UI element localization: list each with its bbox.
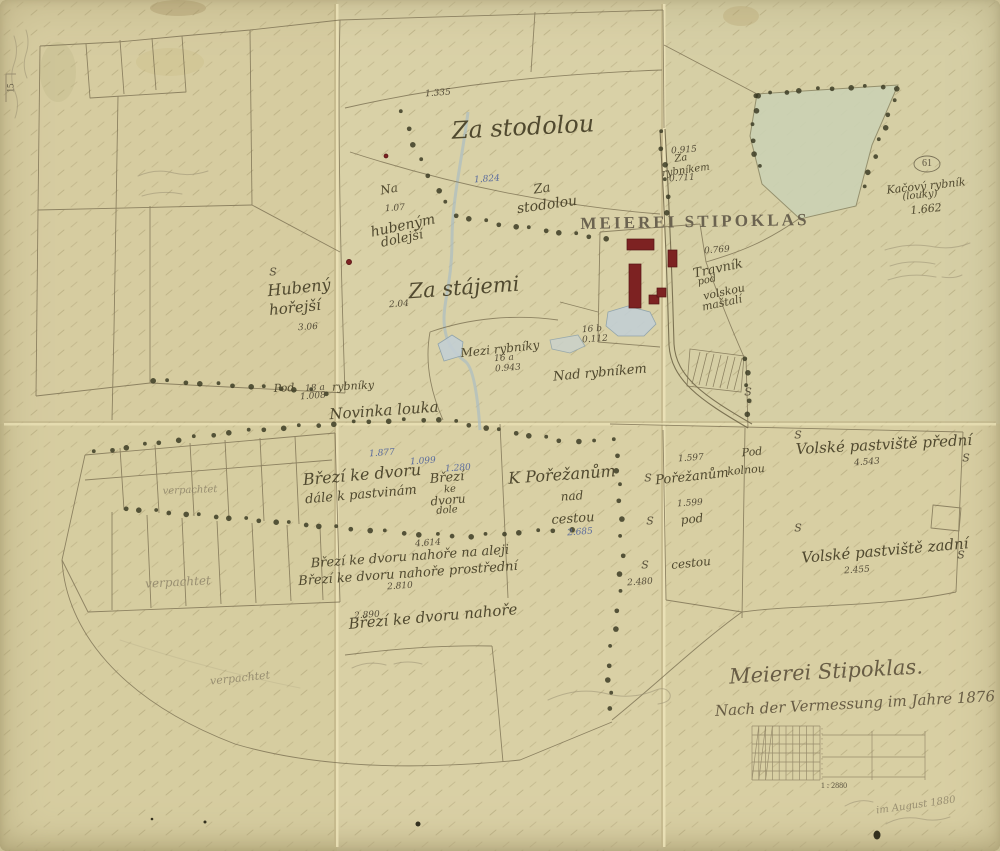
parcel-area-number: 4.614 <box>415 539 441 550</box>
parcel-area-number: 0.769 <box>704 246 730 257</box>
label-za-stodolou2-line1: Za <box>533 181 551 196</box>
signature-date-note: im August 1880 <box>876 795 957 816</box>
label-porezanum-line1: Pořežanům <box>655 467 730 488</box>
label-pod-kolnou-line1: Pod <box>741 446 763 459</box>
label-za-stodolou: Za stodolou <box>451 111 594 142</box>
parcel-area-number: 1.824 <box>474 175 500 186</box>
parcel-area-number: 2.455 <box>844 566 870 577</box>
parcel-area-number: 1.099 <box>410 457 436 468</box>
label-pod-kolnou-line2: kolnou <box>727 463 765 477</box>
section-mark: S <box>644 473 652 484</box>
section-mark: S <box>794 430 802 441</box>
section-mark: S <box>957 550 965 561</box>
label-nad-rybnikem: Nad rybníkem <box>553 362 648 383</box>
label-za-stajemi: Za stájemi <box>408 274 520 303</box>
label-pod-rybniky-line2: rybníky <box>332 379 375 392</box>
pencil-note-verpachtet-3: verpachtet <box>209 669 270 686</box>
label-volske-zadni: Volské pastviště zadní <box>801 536 969 566</box>
section-mark: S <box>641 560 649 571</box>
parcel-area-number: 0.112 <box>582 335 608 346</box>
label-k-porezanum-line3: cestou <box>551 511 595 527</box>
parcel-area-number: 1.280 <box>445 464 471 475</box>
parcel-area-number: 1.877 <box>369 449 395 460</box>
sheet-number: 15 <box>7 84 16 93</box>
parcel-area-number: 1.335 <box>425 89 451 100</box>
parcel-area-number: 1.599 <box>677 499 703 510</box>
section-mark: S <box>744 387 752 398</box>
cadastral-map: MEIEREI STIPOKLAS Za stodolouZastodolouN… <box>0 0 1000 851</box>
label-na-hubenym-line1: Na <box>379 182 398 197</box>
parcel-area-number: 1.008 <box>300 392 326 403</box>
parcel-area-number: 0.711 <box>669 174 695 185</box>
label-k-porezanum-line2: nad <box>560 489 583 503</box>
section-mark: S <box>269 267 277 278</box>
label-porezanum-line3: cestou <box>671 555 712 571</box>
parcel-area-number: 0.915 <box>671 146 697 157</box>
parcel-area-number: 2.810 <box>387 582 413 593</box>
parcel-area-number: 1.07 <box>385 204 406 214</box>
label-volske-predni: Volské pastviště přední <box>796 433 973 457</box>
parcel-area-number: 2.04 <box>389 300 410 310</box>
handwritten-subtitle: Nach der Vermessung im Jahre 1876 <box>715 689 996 719</box>
section-mark: S <box>646 516 654 527</box>
label-travnik-line2: pod <box>697 274 717 288</box>
parcel-area-number: 2.480 <box>627 578 653 589</box>
section-mark: S <box>794 523 802 534</box>
label-novinka-louka: Novinka louka <box>329 400 439 423</box>
label-hubeny-line2: hořejší <box>268 298 321 318</box>
handwritten-title: Meierei Stipoklas. <box>729 656 924 687</box>
parcel-area-number: 3.06 <box>298 323 319 333</box>
parcel-area-number: 0.943 <box>495 364 521 375</box>
parcel-area-number: 2.890 <box>354 611 380 622</box>
scale-ratio: 1 : 2880 <box>821 782 847 790</box>
label-pod-rybniky-line1: Pod <box>273 382 294 394</box>
label-hubeny-line1: Hubený <box>267 277 332 300</box>
label-za-stodolou2-line2: stodolou <box>516 194 578 216</box>
circled-parcel-number: 61 <box>922 159 932 169</box>
label-brezi-dole-line4: dole <box>436 505 458 517</box>
section-mark: S <box>962 453 970 464</box>
parcel-area-number: 4.543 <box>854 458 880 469</box>
map-label-layer: Za stodolouZastodolouNahubenýmdolejšíZa … <box>0 0 1000 851</box>
parcel-area-number: 2.685 <box>567 528 593 539</box>
parcel-area-number: 1.597 <box>678 454 704 465</box>
pencil-note-verpachtet-1: verpachtet <box>162 485 217 497</box>
circled-parcel-area: 1.662 <box>910 202 942 216</box>
label-k-porezanum-line1: K Pořežanům <box>508 463 617 486</box>
label-porezanum-line2: pod <box>680 512 704 526</box>
pencil-note-verpachtet-2: verpachtet <box>145 574 211 589</box>
